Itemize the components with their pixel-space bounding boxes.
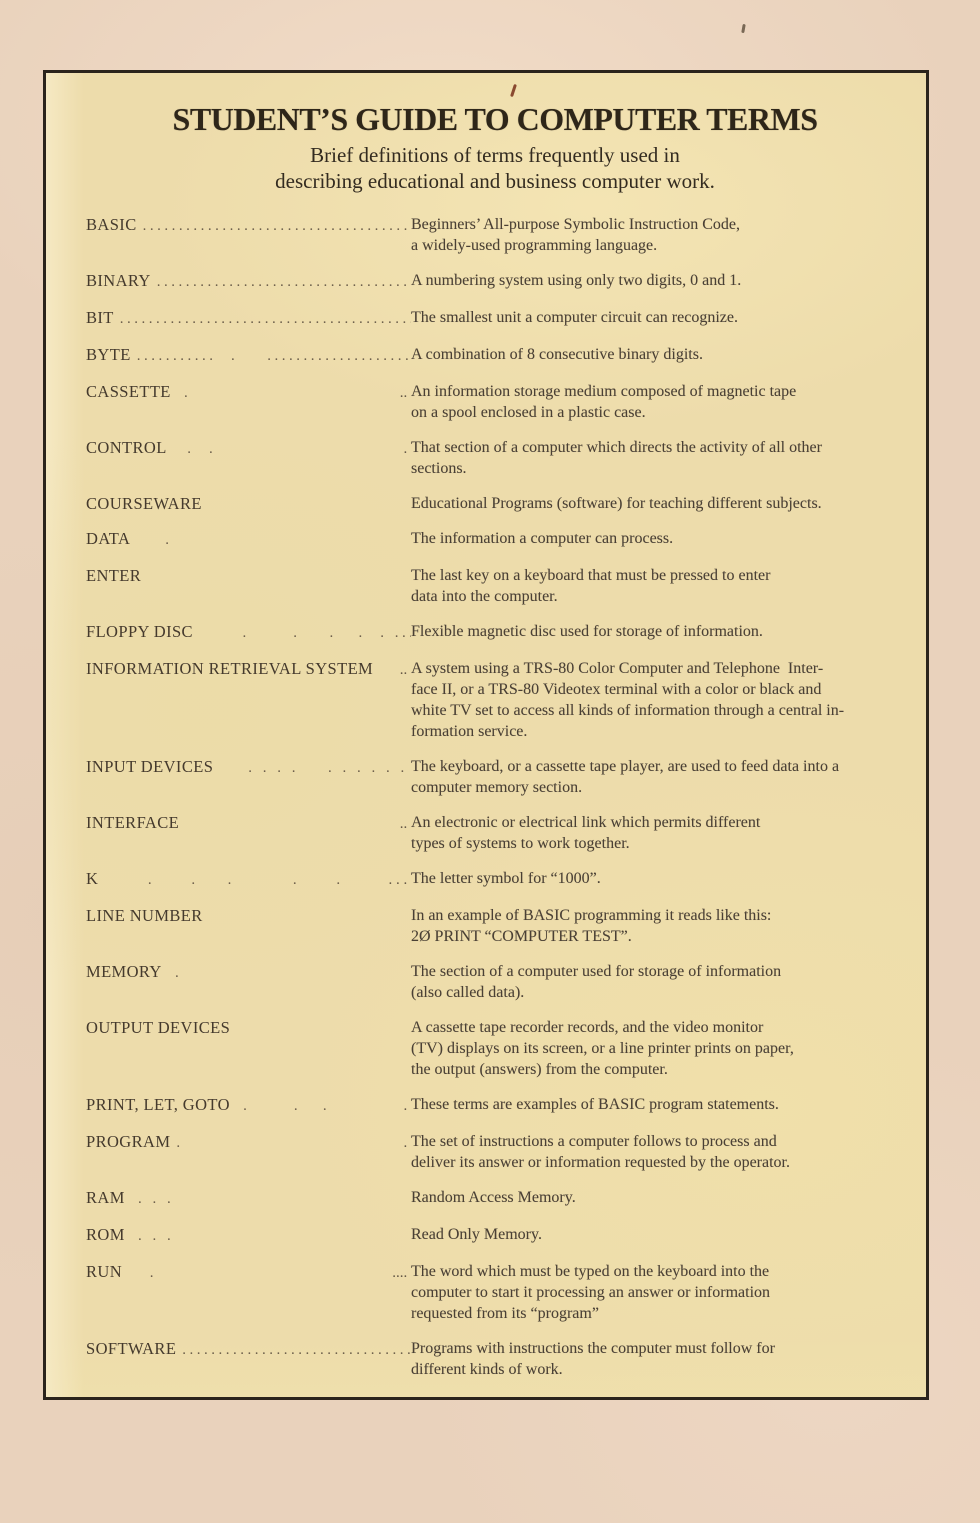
dot-leader: . . . . . <box>98 870 388 891</box>
term-label: PRINT, LET, GOTO <box>86 1094 230 1115</box>
term-label: FLOPPY DISC <box>86 621 193 642</box>
glossary-entry: LINE NUMBER In an example of BASIC progr… <box>86 905 904 947</box>
page-title: STUDENT’S GUIDE TO COMPUTER TERMS <box>86 101 904 138</box>
dot-leader: . . . . . . . . . . . . . <box>213 758 411 779</box>
term-cell: RAM . . . <box>86 1187 411 1210</box>
term-label: K <box>86 868 98 889</box>
term-cell: BYTE ........... . .................... <box>86 344 411 367</box>
definition-text: The keyboard, or a cassette tape player,… <box>411 756 904 798</box>
dot-leader: ........................................… <box>176 1340 411 1361</box>
glossary-entry: BYTE ........... . .................... … <box>86 344 904 367</box>
glossary-entry: BINARY .................................… <box>86 270 904 293</box>
term-cell: K . . . . . . . . <box>86 868 411 891</box>
definition-text: The smallest unit a computer circuit can… <box>411 307 904 328</box>
glossary-entry: INTERFACE .. An electronic or electrical… <box>86 812 904 854</box>
glossary-entry: COURSEWARE Educational Programs (softwar… <box>86 493 904 514</box>
glossary-entry: CONTROL . . . That section of a computer… <box>86 437 904 479</box>
term-label: BIT <box>86 307 114 328</box>
glossary-entry: OUTPUT DEVICES A cassette tape recorder … <box>86 1017 904 1080</box>
glossary-entry: BIT ....................................… <box>86 307 904 330</box>
glossary-entry: BASIC ..................................… <box>86 214 904 256</box>
glossary-entry: INFORMATION RETRIEVAL SYSTEM .. A system… <box>86 658 904 742</box>
definition-text: The section of a computer used for stora… <box>411 961 904 1003</box>
definition-text: That section of a computer which directs… <box>411 437 904 479</box>
dot-leader: ........................................… <box>151 272 411 293</box>
definition-text: The letter symbol for “1000”. <box>411 868 904 889</box>
dot-leader: ........................................… <box>137 216 411 237</box>
definition-text: An electronic or electrical link which p… <box>411 812 904 854</box>
definition-text: In an example of BASIC programming it re… <box>411 905 904 947</box>
scanned-page: STUDENT’S GUIDE TO COMPUTER TERMS Brief … <box>0 0 980 1523</box>
glossary-entry: ENTER The last key on a keyboard that mu… <box>86 565 904 607</box>
term-cell: MEMORY . <box>86 961 411 984</box>
term-label: RAM <box>86 1187 125 1208</box>
term-label: INTERFACE <box>86 812 179 833</box>
definition-text: A combination of 8 consecutive binary di… <box>411 344 904 365</box>
term-label: OUTPUT DEVICES <box>86 1017 230 1038</box>
term-label: PROGRAM <box>86 1131 170 1152</box>
dot-leader: . . . <box>125 1189 411 1210</box>
definition-text: The last key on a keyboard that must be … <box>411 565 904 607</box>
term-cell: RUN . .... <box>86 1261 411 1284</box>
page-subtitle: Brief definitions of terms frequently us… <box>86 142 904 194</box>
term-cell: COURSEWARE <box>86 493 411 514</box>
definition-text: A cassette tape recorder records, and th… <box>411 1017 904 1080</box>
glossary-entry: DATA . The information a computer can pr… <box>86 528 904 551</box>
term-label: SOFTWARE <box>86 1338 176 1359</box>
term-cell: PRINT, LET, GOTO . . . . <box>86 1094 411 1117</box>
term-cell: SOFTWARE ...............................… <box>86 1338 411 1361</box>
glossary-entry: RUN . .... The word which must be typed … <box>86 1261 904 1324</box>
dot-lead-in: . . . <box>389 870 412 891</box>
definition-text: These terms are examples of BASIC progra… <box>411 1094 904 1115</box>
term-label: BINARY <box>86 270 151 291</box>
term-label: INPUT DEVICES <box>86 756 213 777</box>
definition-text: A numbering system using only two digits… <box>411 270 904 291</box>
term-label: ROM <box>86 1224 125 1245</box>
definition-text: The set of instructions a computer follo… <box>411 1131 904 1173</box>
term-label: ENTER <box>86 565 141 586</box>
term-cell: INPUT DEVICES . . . . . . . . . . . . . <box>86 756 411 779</box>
term-cell: BASIC ..................................… <box>86 214 411 237</box>
term-label: COURSEWARE <box>86 493 202 514</box>
dot-leader: . <box>130 530 411 551</box>
term-cell: FLOPPY DISC . . . . . ...... <box>86 621 411 644</box>
term-cell: LINE NUMBER <box>86 905 411 926</box>
glossary-entry: FLOPPY DISC . . . . . ...... Flexible ma… <box>86 621 904 644</box>
term-cell: ROM . . . <box>86 1224 411 1247</box>
dot-leader: . . <box>167 439 404 460</box>
term-label: BYTE <box>86 344 131 365</box>
term-label: INFORMATION RETRIEVAL SYSTEM <box>86 658 373 679</box>
glossary-entry: CASSETTE . .. An information storage med… <box>86 381 904 423</box>
dot-lead-in: . <box>404 439 412 460</box>
dot-leader: . . . . . ...... <box>193 623 411 644</box>
term-cell: CONTROL . . . <box>86 437 411 460</box>
glossary-list: BASIC ..................................… <box>86 214 904 1380</box>
dot-leader: ........................................… <box>114 309 411 330</box>
dot-lead-in: .. <box>400 814 411 835</box>
dot-lead-in: .. <box>400 660 411 681</box>
term-label: CONTROL <box>86 437 167 458</box>
dot-leader: . <box>162 963 411 984</box>
definition-text: Educational Programs (software) for teac… <box>411 493 904 514</box>
definition-text: Random Access Memory. <box>411 1187 904 1208</box>
glossary-entry: PRINT, LET, GOTO . . . . These terms are… <box>86 1094 904 1117</box>
term-label: CASSETTE <box>86 381 171 402</box>
dot-leader: ........... . .................... <box>131 346 411 367</box>
term-label: BASIC <box>86 214 137 235</box>
definition-text: Read Only Memory. <box>411 1224 904 1245</box>
dot-leader: . <box>122 1263 392 1284</box>
stray-ink-mark <box>741 24 746 33</box>
subtitle-line-2: describing educational and business comp… <box>275 169 715 193</box>
definition-text: The information a computer can process. <box>411 528 904 549</box>
glossary-entry: ROM . . . Read Only Memory. <box>86 1224 904 1247</box>
dot-lead-in: .. <box>400 383 411 404</box>
subtitle-line-1: Brief definitions of terms frequently us… <box>310 143 680 167</box>
dot-lead-in: .... <box>392 1263 411 1284</box>
glossary-entry: MEMORY . The section of a computer used … <box>86 961 904 1003</box>
dot-lead-in: . <box>404 1096 412 1117</box>
glossary-entry: SOFTWARE ...............................… <box>86 1338 904 1380</box>
glossary-entry: INPUT DEVICES . . . . . . . . . . . . . … <box>86 756 904 798</box>
term-cell: CASSETTE . .. <box>86 381 411 404</box>
term-cell: PROGRAM . . <box>86 1131 411 1154</box>
definition-text: Beginners’ All-purpose Symbolic Instruct… <box>411 214 904 256</box>
dot-leader: . <box>171 383 400 404</box>
term-label: MEMORY <box>86 961 162 982</box>
dot-leader: . . . <box>125 1226 411 1247</box>
definition-text: The word which must be typed on the keyb… <box>411 1261 904 1324</box>
definition-text: Programs with instructions the computer … <box>411 1338 904 1380</box>
dot-lead-in: . <box>404 1133 412 1154</box>
glossary-entry: RAM . . . Random Access Memory. <box>86 1187 904 1210</box>
term-cell: BINARY .................................… <box>86 270 411 293</box>
term-cell: BIT ....................................… <box>86 307 411 330</box>
glossary-entry: PROGRAM . . The set of instructions a co… <box>86 1131 904 1173</box>
term-cell: OUTPUT DEVICES <box>86 1017 411 1038</box>
term-label: RUN <box>86 1261 122 1282</box>
definition-text: An information storage medium composed o… <box>411 381 904 423</box>
term-cell: INFORMATION RETRIEVAL SYSTEM .. <box>86 658 411 681</box>
term-label: LINE NUMBER <box>86 905 203 926</box>
term-cell: DATA . <box>86 528 411 551</box>
term-label: DATA <box>86 528 130 549</box>
dot-leader: . . . <box>230 1096 404 1117</box>
glossary-panel: STUDENT’S GUIDE TO COMPUTER TERMS Brief … <box>43 70 929 1400</box>
definition-text: Flexible magnetic disc used for storage … <box>411 621 904 642</box>
glossary-entry: K . . . . . . . . The letter symbol for … <box>86 868 904 891</box>
term-cell: INTERFACE .. <box>86 812 411 835</box>
term-cell: ENTER <box>86 565 411 586</box>
dot-leader: . <box>170 1133 403 1154</box>
definition-text: A system using a TRS-80 Color Computer a… <box>411 658 904 742</box>
